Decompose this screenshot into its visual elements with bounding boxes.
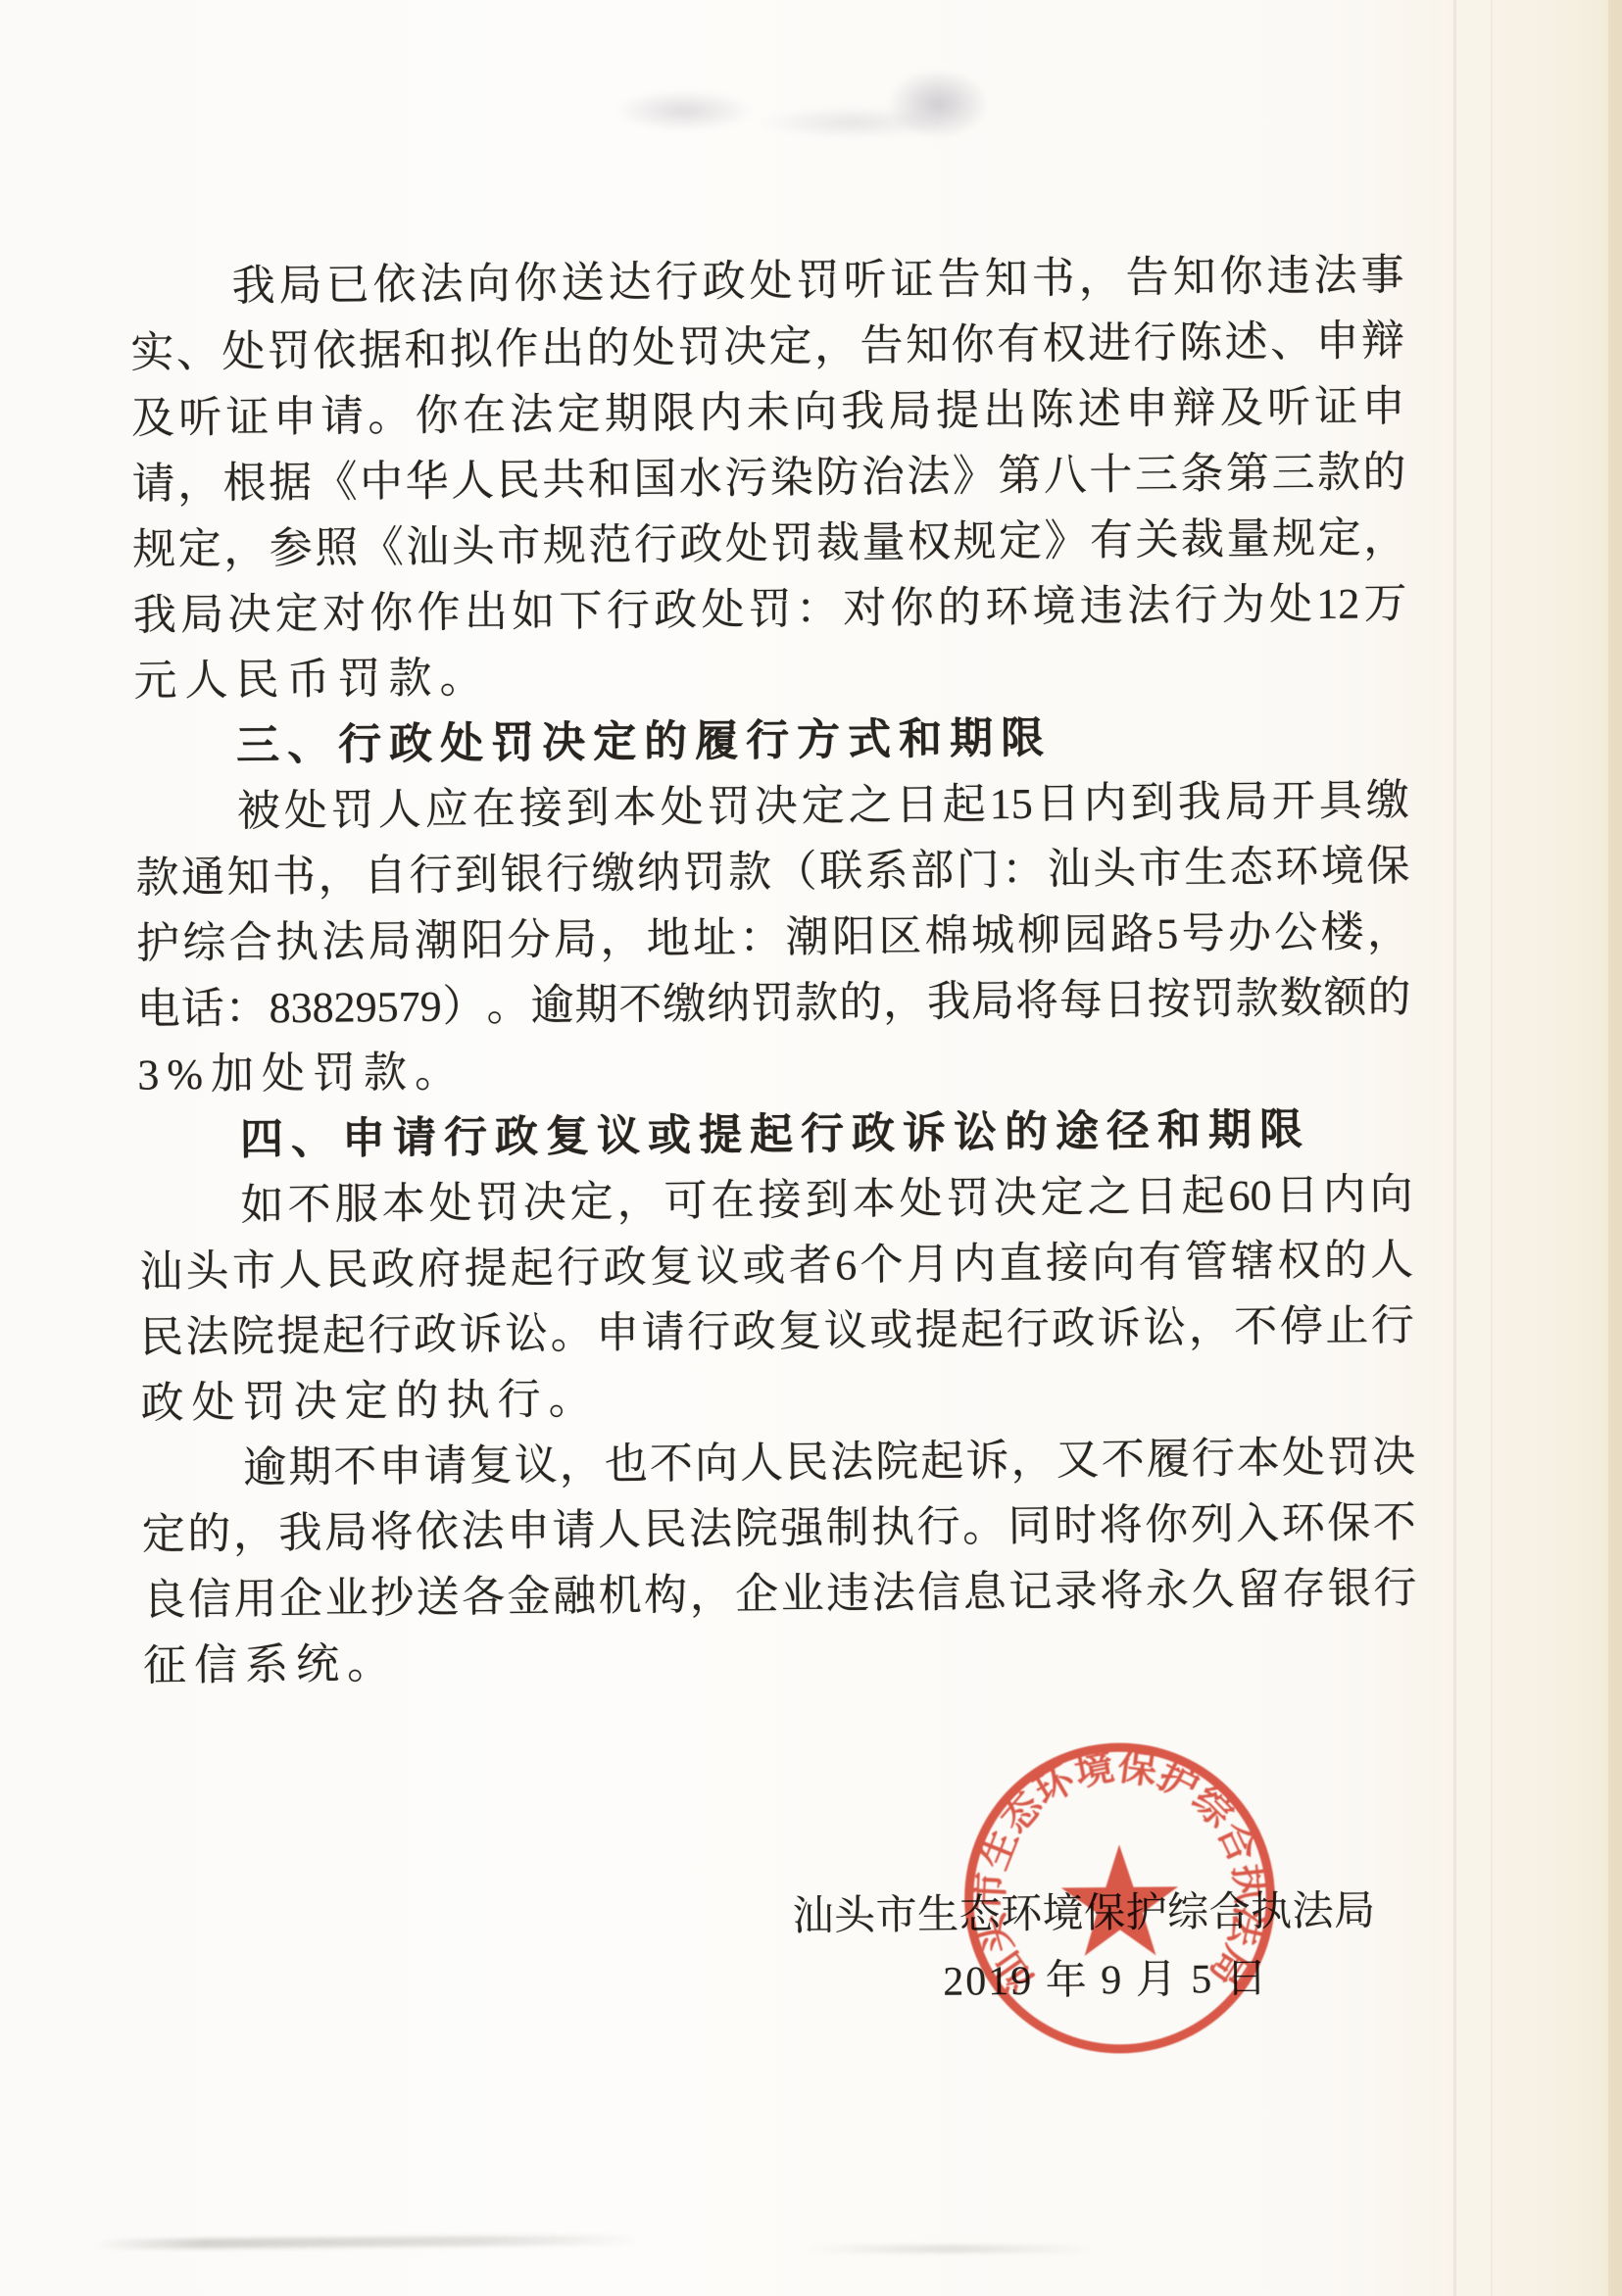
text-line: 电话：83829579）。逾期不缴纳罚款的，我局将每日按罚款数额的 <box>136 964 1411 1042</box>
text-line: 规定，参照《汕头市规范行政处罚裁量权规定》有关裁量规定， <box>132 505 1407 582</box>
text-line: 3%加处罚款。 <box>137 1030 1412 1107</box>
seal-star-icon <box>1060 1844 1178 1956</box>
document-content: 我局已依法向你送达行政处罚听证告知书，告知你违法事实、处罚依据和拟作出的处罚决定… <box>0 0 1622 2296</box>
text-line: 政处罚决定的执行。 <box>140 1358 1415 1436</box>
text-line: 被处罚人应在接到本处罚决定之日起15日内到我局开具缴 <box>134 767 1409 845</box>
text-line: 元人民币罚款。 <box>133 636 1408 713</box>
text-line: 我局已依法向你送达行政处罚听证告知书，告知你违法事 <box>129 242 1404 319</box>
scanned-document-page: { "page": { "paper_color": "#fbfaf8", "i… <box>0 0 1622 2296</box>
document-body: 我局已依法向你送达行政处罚听证告知书，告知你违法事实、处罚依据和拟作出的处罚决定… <box>129 242 1417 1698</box>
text-line: 及听证申请。你在法定期限内未向我局提出陈述申辩及听证申 <box>131 373 1406 451</box>
official-seal: 汕头市生态环境保护综合执法局 <box>950 1728 1290 2068</box>
text-line: 汕头市人民政府提起行政复议或者6个月内直接向有管辖权的人 <box>139 1227 1414 1304</box>
text-line: 请，根据《中华人民共和国水污染防治法》第八十三条第三款的 <box>131 439 1406 516</box>
text-line: 我局决定对你作出如下行政处罚：对你的环境违法行为处12万 <box>133 570 1408 648</box>
section-heading: 三、行政处罚决定的履行方式和期限 <box>134 702 1409 779</box>
text-line: 逾期不申请复议，也不向人民法院起诉，又不履行本处罚决 <box>141 1424 1416 1501</box>
text-line: 民法院提起行政诉讼。申请行政复议或提起行政诉讼，不停止行 <box>140 1293 1415 1370</box>
text-line: 良信用企业抄送各金融机构，企业违法信息记录将永久留存银行 <box>142 1555 1417 1633</box>
text-line: 实、处罚依据和拟作出的处罚决定，告知你有权进行陈述、申辩 <box>130 308 1405 385</box>
text-line: 定的，我局将依法申请人民法院强制执行。同时将你列入环保不 <box>142 1490 1417 1567</box>
text-line: 征信系统。 <box>143 1621 1418 1698</box>
section-heading: 四、申请行政复议或提起行政诉讼的途径和期限 <box>138 1096 1413 1173</box>
text-line: 如不服本处罚决定，可在接到本处罚决定之日起60日内向 <box>138 1161 1413 1239</box>
text-line: 款通知书，自行到银行缴纳罚款（联系部门：汕头市生态环境保 <box>135 833 1410 910</box>
text-line: 护综合执法局潮阳分局，地址：潮阳区棉城柳园路5号办公楼， <box>136 899 1411 976</box>
